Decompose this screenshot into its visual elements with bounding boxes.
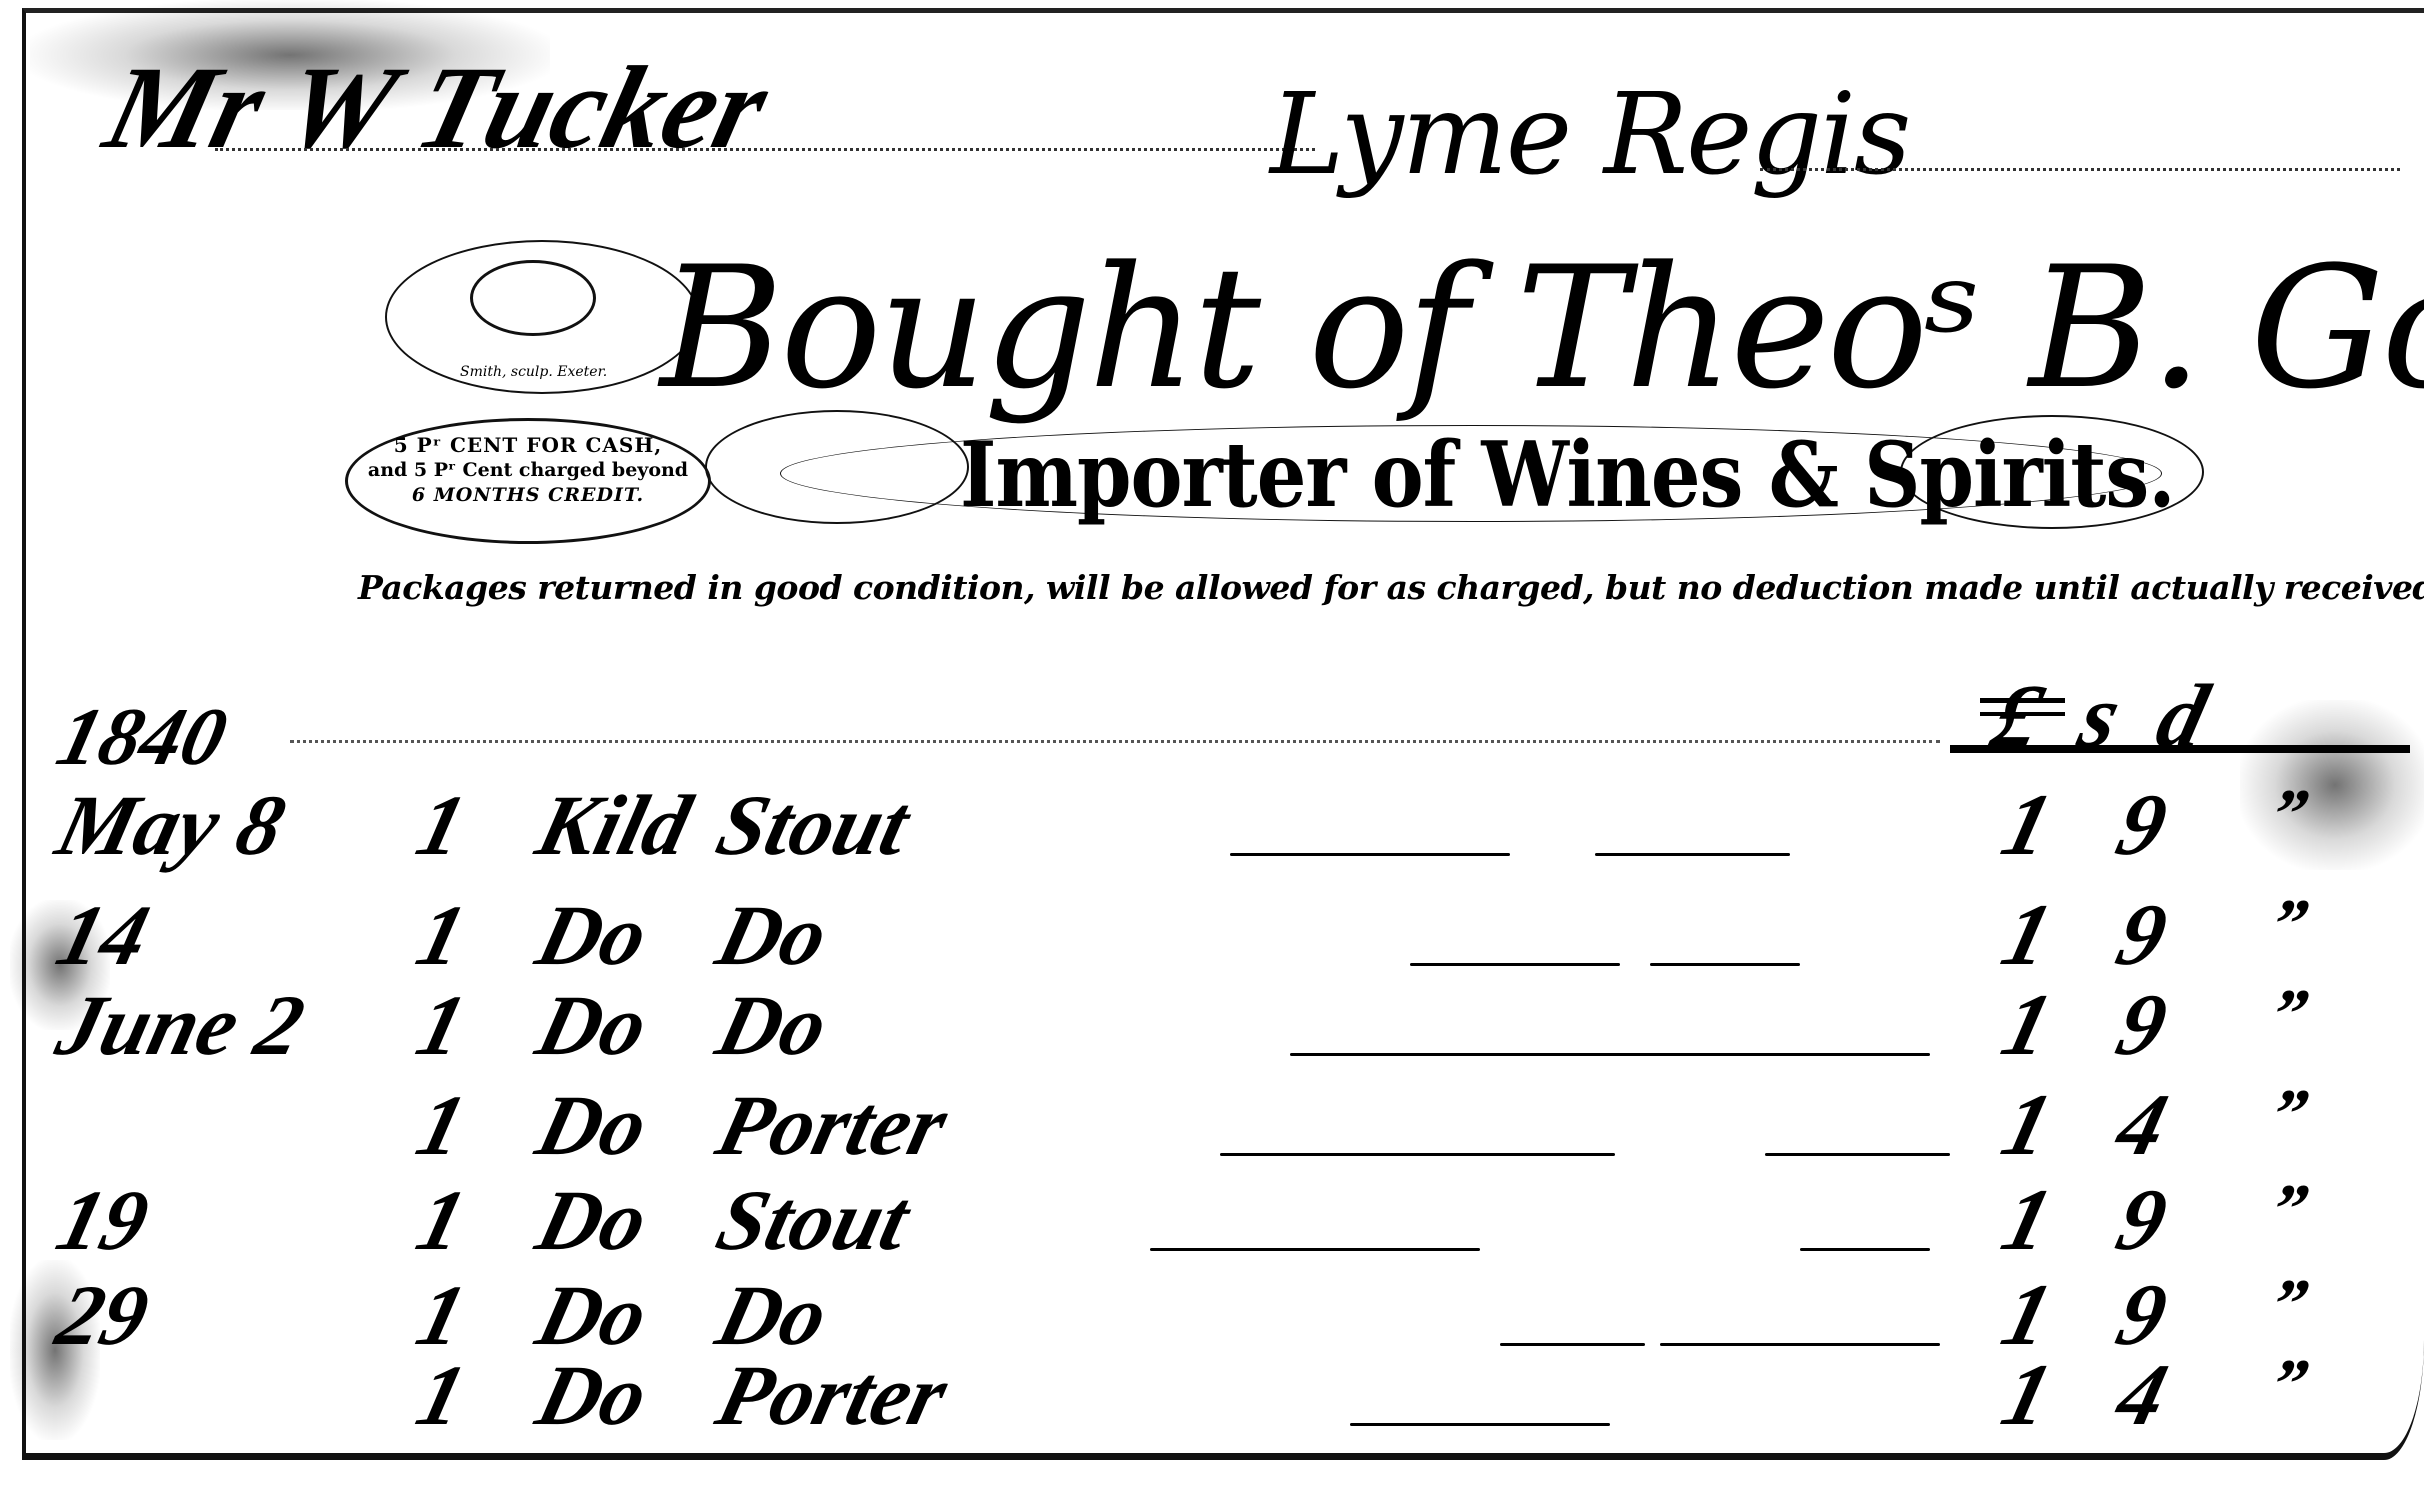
row-pounds: 1: [1992, 1075, 2061, 1176]
leader-line: [1290, 1053, 1930, 1056]
row-unit: Do: [528, 885, 658, 985]
row-date: 14: [48, 885, 159, 985]
row-quantity: 1: [408, 885, 476, 985]
leader-line: [1350, 1423, 1610, 1426]
ledger-year: 1840: [48, 690, 235, 784]
row-item: Porter: [708, 1075, 957, 1175]
trade-description: Importer of Wines & Spirits.: [960, 423, 2174, 528]
row-pence: ”: [2260, 885, 2315, 965]
row-pounds: 1: [1992, 885, 2061, 986]
amount-header-rule: [1950, 745, 2410, 753]
leader-line: [1765, 1153, 1950, 1156]
row-quantity: 1: [408, 1075, 476, 1175]
row-unit: Do: [528, 975, 658, 1075]
row-date: June 2: [48, 975, 314, 1075]
terms-line-3: 6 MONTHS CREDIT.: [348, 486, 708, 505]
table-row: 141DoDo19”: [0, 885, 2424, 985]
table-row: 1DoPorter14”: [0, 1075, 2424, 1175]
row-pounds: 1: [1992, 975, 2061, 1076]
row-quantity: 1: [408, 775, 476, 875]
row-shillings: 9: [2107, 775, 2176, 876]
row-quantity: 1: [408, 1345, 476, 1445]
terms-line-2: and 5 Pʳ Cent charged beyond: [348, 461, 708, 480]
row-quantity: 1: [408, 1170, 476, 1270]
table-row: 1DoPorter14”: [0, 1345, 2424, 1445]
row-unit: Do: [528, 1345, 658, 1445]
row-unit: Do: [528, 1075, 658, 1175]
engraver-credit: Smith, sculp. Exeter.: [460, 364, 607, 380]
table-row: June 21DoDo19”: [0, 975, 2424, 1075]
terms-line-1: 5 Pʳ CENT FOR CASH,: [348, 435, 708, 455]
row-unit: Kild: [528, 775, 701, 875]
row-pence: ”: [2260, 975, 2315, 1055]
leader-line: [1410, 963, 1620, 966]
row-pounds: 1: [1992, 1170, 2061, 1271]
place-name: Lyme Regis: [1270, 70, 1909, 200]
leader-line: [1220, 1153, 1615, 1156]
row-pounds: 1: [1992, 1345, 2061, 1446]
row-item: Stout: [708, 775, 919, 875]
row-date: May 8: [48, 775, 295, 875]
pound-strike: [1980, 698, 2065, 703]
row-quantity: 1: [408, 975, 476, 1075]
leader-line: [1230, 853, 1510, 856]
row-shillings: 9: [2107, 975, 2176, 1076]
row-date: 19: [48, 1170, 159, 1270]
addressee-line: [215, 148, 1315, 151]
table-row: 191DoStout19”: [0, 1170, 2424, 1270]
row-pounds: 1: [1992, 775, 2061, 876]
row-pence: ”: [2260, 1265, 2315, 1345]
year-rule: [290, 740, 1940, 743]
row-item: Do: [708, 975, 838, 1075]
row-pence: ”: [2260, 1345, 2315, 1425]
addressee: Mr W Tucker: [93, 40, 780, 176]
row-shillings: 4: [2107, 1345, 2176, 1446]
row-pence: ”: [2260, 1170, 2315, 1250]
row-unit: Do: [528, 1170, 658, 1270]
place-line: [1760, 168, 2400, 171]
row-pence: ”: [2260, 1075, 2315, 1155]
flourish-left-inner: [470, 260, 596, 336]
row-shillings: 9: [2107, 885, 2176, 986]
row-item: Stout: [708, 1170, 919, 1270]
leader-line: [1150, 1248, 1480, 1251]
row-shillings: 9: [2107, 1170, 2176, 1271]
pound-strike-2: [1980, 712, 2065, 716]
row-shillings: 4: [2107, 1075, 2176, 1176]
leader-line: [1650, 963, 1800, 966]
row-item: Porter: [708, 1345, 957, 1445]
row-item: Do: [708, 885, 838, 985]
table-row: May 81KildStout19”: [0, 775, 2424, 875]
payment-terms-badge: 5 Pʳ CENT FOR CASH, and 5 Pʳ Cent charge…: [345, 418, 711, 544]
packages-notice: Packages returned in good condition, wil…: [358, 568, 2424, 607]
leader-line: [1595, 853, 1790, 856]
leader-line: [1800, 1248, 1930, 1251]
merchant-heading: Bought of Theoˢ B. Goddard,: [660, 230, 2424, 426]
row-pence: ”: [2260, 775, 2315, 855]
